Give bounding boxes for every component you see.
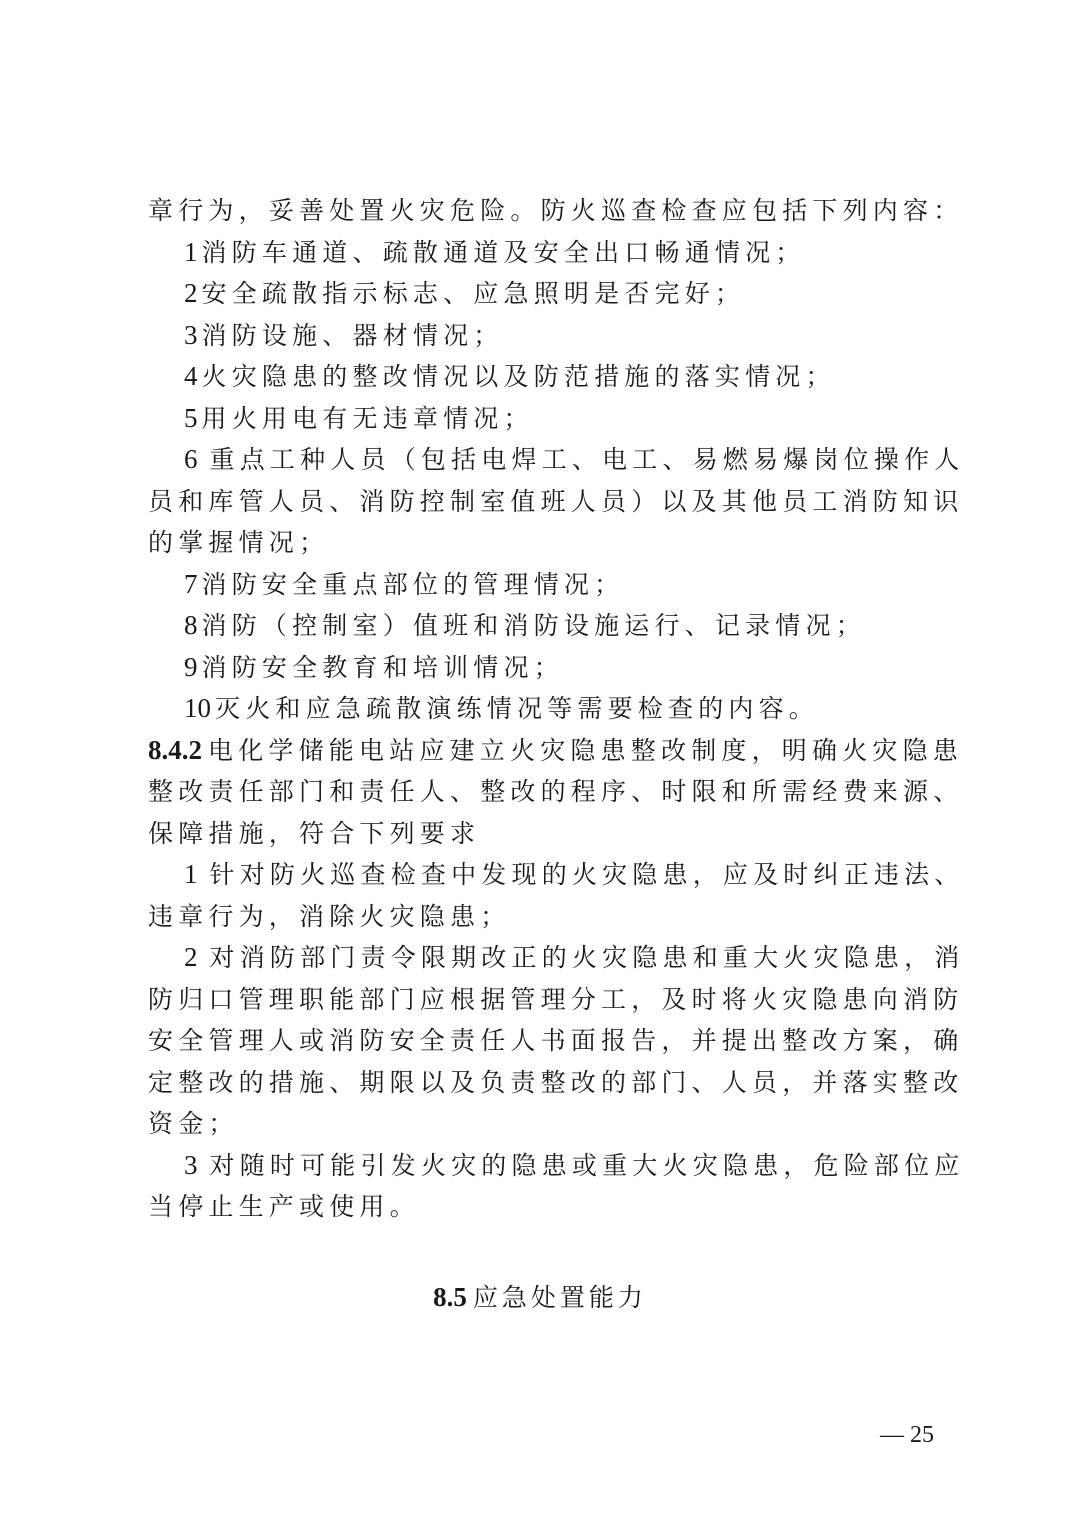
list-number: 6: [184, 444, 198, 474]
line-text: 电化学储能电站应建立火灾隐患整改制度，明确火灾隐患: [208, 736, 963, 765]
line-text: 重点工种人员（包括电焊工、电工、易燃易爆岗位操作人: [210, 445, 965, 474]
list-number: 2: [184, 942, 198, 972]
paragraph-continuation-line: 章行为，妥善处置火灾危险。防火巡查检查应包括下列内容：: [148, 190, 948, 232]
list-item-6-continued: 的掌握情况；: [148, 522, 948, 564]
clause-8-4-2-continued: 整改责任部门和责任人、整改的程序、时限和所需经费来源、: [148, 771, 948, 813]
line-text: 当停止生产或使用。: [148, 1192, 420, 1221]
list-number: 4: [184, 361, 198, 391]
line-text: 违章行为，消除火灾隐患；: [148, 902, 510, 931]
body-text: 章行为，妥善处置火灾危险。防火巡查检查应包括下列内容： 1消防车通道、疏散通道及…: [148, 190, 948, 1228]
list-item-10: 10灭火和应急疏散演练情况等需要检查的内容。: [148, 688, 948, 730]
line-text: 安全管理人或消防安全责任人书面报告，并提出整改方案，确: [148, 1026, 963, 1055]
list-item-3: 3消防设施、器材情况；: [148, 315, 948, 357]
list-number: 2: [184, 278, 198, 308]
requirement-item-3: 3对随时可能引发火灾的隐患或重大火灾隐患，危险部位应: [148, 1145, 948, 1187]
line-text: 消防车通道、疏散通道及安全出口畅通情况；: [202, 238, 806, 267]
line-text: 整改责任部门和责任人、整改的程序、时限和所需经费来源、: [148, 777, 963, 806]
list-number: 7: [184, 569, 198, 599]
line-text: 针对防火巡查检查中发现的火灾隐患，应及时纠正违法、: [210, 860, 965, 889]
line-text: 消防设施、器材情况；: [202, 321, 504, 350]
requirement-item-2-continued: 防归口管理职能部门应根据管理分工，及时将火灾隐患向消防: [148, 979, 948, 1021]
line-text: 火灾隐患的整改情况以及防范措施的落实情况；: [202, 362, 836, 391]
line-text: 安全疏散指示标志、应急照明是否完好；: [202, 279, 746, 308]
line-text: 防归口管理职能部门应根据管理分工，及时将火灾隐患向消防: [148, 985, 963, 1014]
line-text: 员和库管人员、消防控制室值班人员）以及其他员工消防知识: [148, 487, 963, 516]
requirement-item-2-continued: 定整改的措施、期限以及负责整改的部门、人员，并落实整改: [148, 1062, 948, 1104]
line-text: 的掌握情况；: [148, 528, 329, 557]
clause-number: 8.4.2: [148, 735, 202, 765]
list-item-8: 8消防（控制室）值班和消防设施运行、记录情况；: [148, 605, 948, 647]
document-page: 章行为，妥善处置火灾危险。防火巡查检查应包括下列内容： 1消防车通道、疏散通道及…: [0, 0, 1080, 1528]
list-number: 5: [184, 403, 198, 433]
line-text: 消防（控制室）值班和消防设施运行、记录情况；: [202, 611, 866, 640]
line-text: 灭火和应急疏散演练情况等需要检查的内容。: [215, 694, 819, 723]
requirement-item-2-continued: 资金；: [148, 1103, 948, 1145]
list-number: 3: [184, 1150, 198, 1180]
page-number: — 25: [880, 1422, 934, 1449]
list-item-4: 4火灾隐患的整改情况以及防范措施的落实情况；: [148, 356, 948, 398]
list-number: 1: [184, 237, 198, 267]
list-item-2: 2安全疏散指示标志、应急照明是否完好；: [148, 273, 948, 315]
list-item-5: 5用火用电有无违章情况；: [148, 398, 948, 440]
line-text: 对随时可能引发火灾的隐患或重大火灾隐患，危险部位应: [210, 1151, 965, 1180]
requirement-item-2: 2对消防部门责令限期改正的火灾隐患和重大火灾隐患，消: [148, 937, 948, 979]
requirement-item-2-continued: 安全管理人或消防安全责任人书面报告，并提出整改方案，确: [148, 1020, 948, 1062]
line-text: 消防安全教育和培训情况；: [202, 653, 564, 682]
list-item-1: 1消防车通道、疏散通道及安全出口畅通情况；: [148, 232, 948, 274]
list-number: 1: [184, 859, 198, 889]
list-item-6: 6重点工种人员（包括电焊工、电工、易燃易爆岗位操作人: [148, 439, 948, 481]
clause-8-4-2-continued: 保障措施，符合下列要求: [148, 813, 948, 855]
list-item-7: 7消防安全重点部位的管理情况；: [148, 564, 948, 606]
line-text: 章行为，妥善处置火灾危险。防火巡查检查应包括下列内容：: [148, 196, 963, 225]
line-text: 定整改的措施、期限以及负责整改的部门、人员，并落实整改: [148, 1068, 963, 1097]
requirement-item-3-continued: 当停止生产或使用。: [148, 1186, 948, 1228]
line-text: 保障措施，符合下列要求: [148, 819, 480, 848]
list-item-9: 9消防安全教育和培训情况；: [148, 647, 948, 689]
requirement-item-1-continued: 违章行为，消除火灾隐患；: [148, 896, 948, 938]
list-number: 3: [184, 320, 198, 350]
line-text: 消防安全重点部位的管理情况；: [202, 570, 625, 599]
line-text: 对消防部门责令限期改正的火灾隐患和重大火灾隐患，消: [210, 943, 965, 972]
line-text: 资金；: [148, 1109, 239, 1138]
requirement-item-1: 1针对防火巡查检查中发现的火灾隐患，应及时纠正违法、: [148, 854, 948, 896]
line-text: 用火用电有无违章情况；: [202, 404, 534, 433]
section-title: 应急处置能力: [473, 1283, 647, 1312]
list-number: 9: [184, 652, 198, 682]
section-heading: 8.5应急处置能力: [0, 1277, 1080, 1318]
clause-8-4-2: 8.4.2电化学储能电站应建立火灾隐患整改制度，明确火灾隐患: [148, 730, 948, 772]
list-number: 10: [184, 693, 211, 723]
section-number: 8.5: [433, 1282, 467, 1312]
list-item-6-continued: 员和库管人员、消防控制室值班人员）以及其他员工消防知识: [148, 481, 948, 523]
list-number: 8: [184, 610, 198, 640]
